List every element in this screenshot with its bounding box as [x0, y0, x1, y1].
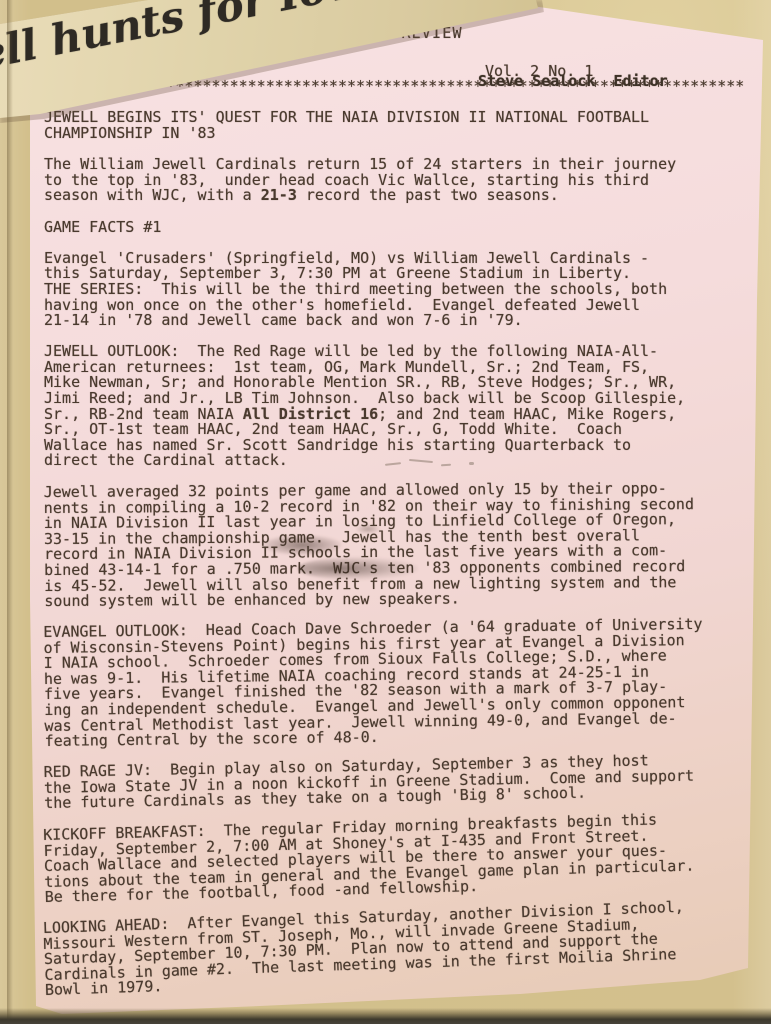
- editor-credit: Steve Sealock Editor: [478, 74, 668, 90]
- scanned-newsletter: RED RAGE REVIEW August 29, 1983 Vol. 2 N…: [0, 0, 771, 1024]
- ink-smudge: [355, 524, 381, 534]
- page-content: RED RAGE REVIEW August 29, 1983 Vol. 2 N…: [44, 26, 728, 999]
- intro-text-after: record the past two seasons.: [297, 186, 559, 204]
- evangel-outlook-paragraph: EVANGEL OUTLOOK: Head Coach Dave Schroed…: [43, 617, 728, 750]
- scan-bottom-shadow: [0, 1008, 771, 1024]
- intro-paragraph: The William Jewell Cardinals return 15 o…: [44, 157, 728, 204]
- lead-headline: JEWELL BEGINS ITS' QUEST FOR THE NAIA DI…: [44, 110, 728, 141]
- scan-left-crease: [7, 0, 13, 1024]
- ink-smudge: [298, 557, 418, 580]
- record-emphasis: 21-3: [261, 186, 297, 204]
- pencil-mark: [383, 455, 483, 471]
- game-facts-paragraph: Evangel 'Crusaders' (Springfield, MO) vs…: [44, 251, 728, 329]
- ink-smudge: [262, 535, 342, 555]
- season-recap-paragraph: Jewell averaged 32 points per game and a…: [44, 480, 729, 609]
- game-facts-heading: GAME FACTS #1: [44, 220, 728, 236]
- kickoff-breakfast-paragraph: KICKOFF BREAKFAST: The regular Friday mo…: [43, 810, 729, 905]
- red-rage-jv-paragraph: RED RAGE JV: Begin play also on Saturday…: [44, 752, 729, 812]
- newsletter-page: RED RAGE REVIEW August 29, 1983 Vol. 2 N…: [0, 0, 771, 1024]
- jewell-outlook-paragraph: JEWELL OUTLOOK: The Red Rage will be led…: [44, 344, 728, 469]
- looking-ahead-paragraph: LOOKING AHEAD: After Evangel this Saturd…: [43, 899, 729, 1000]
